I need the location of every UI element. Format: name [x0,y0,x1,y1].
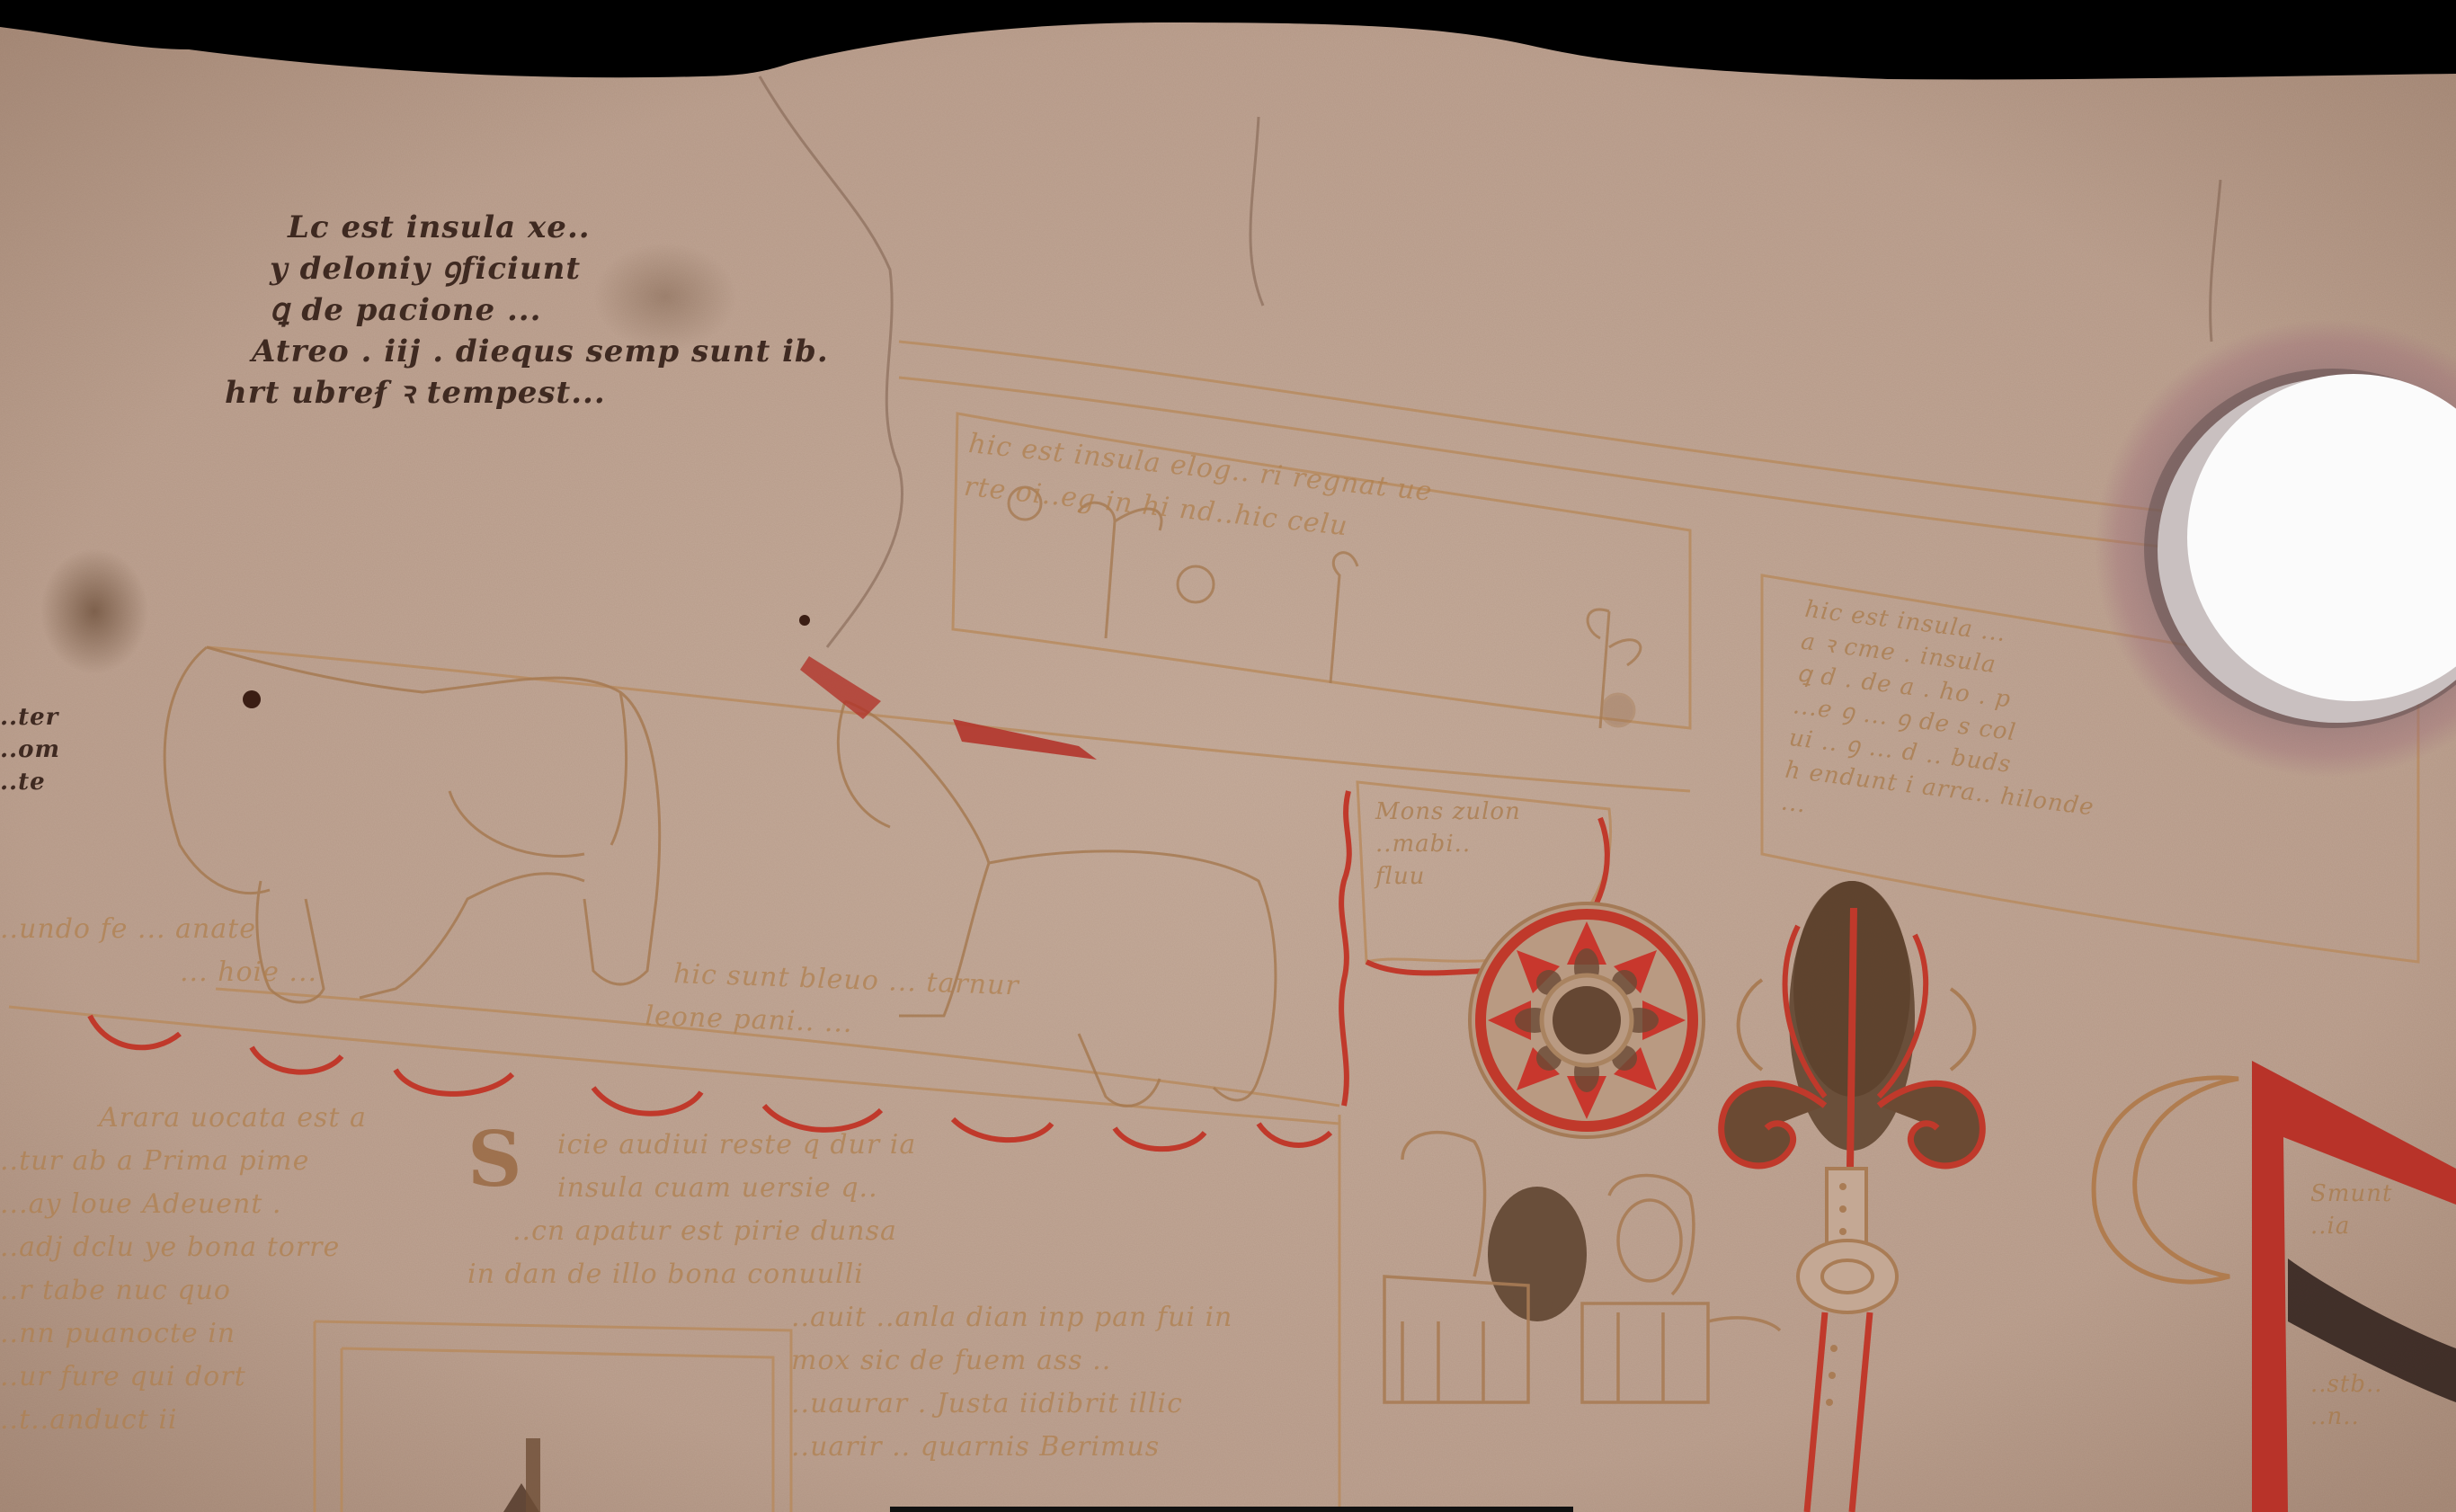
animal-captions: hic sunt bleuo ... tarnur leone pani.. .… [672,953,1020,1051]
text-line: ..auit ..anla dian inp pan fui in [791,1296,1232,1339]
bottom-edge-shadow [890,1507,1573,1512]
ink-dot [243,690,261,708]
text-line: Mons zulon [1375,796,1521,828]
text-line: ..n.. [2310,1401,2392,1433]
cartouche-text: Mons zulon ..mabi.. fluu [1375,796,1521,893]
text-line: ...ay loue Adeuent . [0,1183,340,1226]
text-line: ..om [0,734,60,766]
text-line: ..te [0,766,60,798]
text-line: icie audiui reste q dur ia [557,1124,999,1167]
text-line: ..r tabe nuc quo [0,1269,340,1312]
lower-left-column: Arara uocata est a ..tur ab a Prima pime… [0,1097,340,1442]
text-line: ..nn puanocte in [0,1312,340,1356]
text-line: ... hoie ... [180,951,436,994]
text-line: ꝗ de pacione ... [270,289,847,331]
right-lower-text: Smunt ..ia ..stb.. ..n.. [2310,1178,2392,1307]
text-line: in dan de illo bona conuulli [467,1253,909,1296]
text-line: fluu [1375,860,1521,893]
text-line: ..ter [0,701,60,734]
text-line: Smunt [2310,1178,2392,1210]
decorated-initial: S [467,1115,523,1204]
text-line: ..cn apatur est pirie dunsa [512,1210,954,1253]
text-line: ..stb.. [2310,1368,2392,1401]
text-line: y deloniy ꝯficiunt [270,248,847,289]
text-line: ..t..anduct ii [0,1399,340,1442]
text-line: ..uaurar . Justa iidibrit illic [791,1383,1232,1426]
dark-stain [1488,1187,1587,1321]
text-line: ..tur ab a Prima pime [0,1140,340,1183]
text-line: mox sic de fuem ass .. [791,1339,1232,1383]
text-line: insula cuam uersie q.. [557,1167,999,1210]
upper-left-dark-text: Lc est insula xe.. y deloniy ꝯficiunt ꝗ … [288,207,865,414]
text-line: Lc est insula xe.. [288,207,865,248]
text-line: ..ur fure qui dort [0,1356,340,1399]
red-sun-disc [1470,903,1704,1137]
right-banner-text: hic est insula ... a ꝛ cme . insula ꝗ d … [1779,593,2115,856]
text-line: hrt ubreẜ ꝛ tempest... [225,372,802,414]
text-line: Atreo . iij . diequs semp sunt ib. [252,331,829,372]
text-line: ..adj dclu ye bona torre [0,1226,340,1269]
left-edge-fragment: ..ter ..om ..te [0,701,60,798]
manuscript-photo: Lc est insula xe.. y deloniy ꝯficiunt ꝗ … [0,0,2456,1512]
text-line: ..mabi.. [1375,828,1521,860]
text-line: ..uarir .. quarnis Berimus [791,1426,1232,1469]
text-line: ..ia [2310,1210,2392,1242]
text-line: ..undo fe ... anate [0,908,256,951]
text-line: Arara uocata est a [99,1097,439,1140]
lower-center-column: S icie audiui reste q dur ia insula cuam… [467,1124,909,1469]
left-animal-captions: ..undo fe ... anate ... hoie ... [0,908,256,994]
